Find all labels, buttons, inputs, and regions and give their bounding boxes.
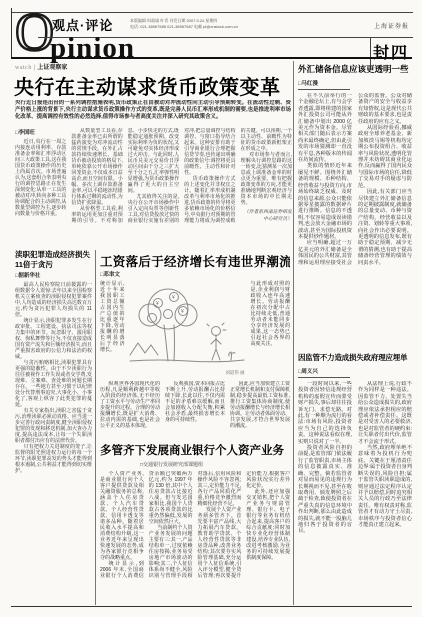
rail-article-regulation: 因监管不力造成损失政府理应埋单 □周义兴 一段时间以来,一些投资者因轻信违规经营… [298,352,412,605]
person-figure [207,323,226,360]
wage-byline: □邓聿文 [100,270,290,278]
edition-info: 本版编辑 时政瑜 叶青 刊发日期 2007.5.24 星期四 电话: 021-3… [130,18,280,30]
wage-intro-row: 统计显示,近十年来我国职工工资总额占国内生产总值的比重逐年下降,劳动报酬的增长明… [100,281,290,377]
paragraph: 个人资产业务,是商业银行向个人客户提供贷款及相关融资服务的总称,涵盖个人住房贷款… [100,471,144,561]
paragraph: 统计显示,渎职犯罪多发生在行政审批、工程建设、执法司法等权力集中的环节。玩忽职守… [15,318,92,360]
kicker: watch|上证观察家 [15,62,67,71]
paragraph: 此外,还应加强交叉销售,把个人资产业务与财富管理、银行卡、电子银行等业务有机结合… [246,489,290,561]
paragraph: 最高人民检察院日前披露的一组数据令人震惊:去年以来全国检察机关立案侦查的渎职侵权… [15,282,92,318]
rail-forex-headline: 外汇储备信息应该更透明一些 [298,63,412,75]
edition-info-line2: 电话: 021-38967585 021-38967587 电邮 pl@cnst… [130,24,280,30]
bank-headline: 多管齐下发展商业银行个人资产业务 [100,442,290,458]
left-article-byline: □据新华社 [15,271,92,279]
wage-article: 工资落后于经济增长有违世界潮流 □邓聿文 统计显示,近十年来我国职工工资总额占国… [100,252,290,438]
left-article-paragraphs: 最高人民检察院日前披露的一组数据令人震惊:去年以来全国检察机关立案侦查的渎职侵权… [15,282,92,474]
small-sprout [229,352,235,360]
cartoon-illustration: ¥ ¥ ¥ [128,281,246,377]
paragraph: 从国际经验看,挪威政府全球养老基金、新加坡淡马锡等机构均定期公布投资组合、收益率… [358,125,412,189]
right-rail-divider [293,61,294,605]
rail-article-forex: 外汇储备信息应该更透明一些 □马红漫 在不久前举行的一个金融论坛上,有与会学者透… [298,63,412,351]
bank-byline: □交通银行发展研究部课题组 [140,461,290,468]
left-article: 渎职犯罪造成经济损失11倍于贪污 □据新华社 最高人民检察院日前披露的一组数据令… [15,250,92,605]
rail-forex-byline: □马红漫 [298,79,350,90]
paragraph: 有关专家指出,渎职之害猛于贪污,治理渎职必须动真格。应当进一步完善行政问责制度,… [15,408,92,444]
rail-regulation-paragraphs: 一段时间以来,一些投资者因轻信违规经营机构的虚假宣传而蒙受财产损失,事后却往往投… [298,381,412,605]
wage-cartoon: ¥ ¥ ¥ 刘道伟 画 [128,281,246,377]
paragraph: 在不久前举行的一个金融论坛上,有与会学者透露,即将组建的国家外汇投资公司可能从外… [298,93,352,163]
paragraph: 从法理上说,行政不作为同样是一种违法。因监管不力、处置失当给公众造成损失的,政府… [358,381,412,445]
paragraph: 因此,有关部门应当尽快建立外汇储备信息的定期披露制度,就储备的总量变动、币种与资… [358,189,412,266]
bank-article: 多管齐下发展商业银行个人资产业务 □交通银行发展研究部课题组 个人资产业务,是商… [100,442,290,604]
main-end-note: （作者系西南证券研发中心研究员） [241,208,292,222]
rail-regulation-byline: □周义兴 [298,367,350,378]
rail-forex-paragraphs: 在不久前举行的一个金融论坛上,有与会学者透露,即将组建的国家外汇投资公司可能从外… [298,93,412,351]
paragraph: 只有把权力关进制度的笼子,让监督的阳光照进权力运行的每一个环节,渎职犯罪高发的势… [15,444,92,474]
wage-intro-left: 统计显示,近十年来我国职工工资总额占国内生产总值的比重逐年下降,劳动报酬的增长明… [100,281,124,377]
paragraph: 类似的情形近年来屡见不鲜。围绕外汇储备的规模、币种结构、经营收益与投资方向,市场… [298,163,352,240]
rail-regulation-headline: 因监管不力造成损失政府理应埋单 [298,352,412,363]
svg-text:¥: ¥ [181,309,184,315]
cartoon-credit: 刘道伟 画 [225,370,244,376]
mountains [130,343,158,355]
masthead-top-rule [12,12,413,13]
wage-paragraphs: 纵观世界各国现代化的历程,凡是顺利跨越中等收入阶段的经济体,无不经历了工资水平与… [100,381,290,438]
left-article-headline: 渎职犯罪造成经济损失11倍于贪污 [15,250,92,269]
left-column-divider [95,250,96,605]
paragraph: 近日,央行在一周之内接连动用利率、存款准备金率和汇率浮动区间三大政策工具,这在我… [15,139,66,217]
page-number: 封四 [373,40,409,63]
paragraph: 纵观世界各国现代化的历程,凡是顺利跨越中等收入阶段的经济体,无不经历了工资水平与… [100,381,160,429]
paragraph: 从数量型工具看,存款准备金率已由所谓的猛药演变为对冲流动性的常规手段。在外汇占款… [71,128,122,206]
footer-rule [11,606,412,607]
masthead-initial: O [15,6,54,58]
coin-fruits: ¥ ¥ ¥ [148,293,188,323]
paragraph: 与贪污贿赂相比,渎职犯罪具有更强的隐蔽性。由于不少渎职行为往往被视作工作失误或者… [15,360,92,408]
ground-line [130,360,244,362]
masthead: O 观点·评论 本版编辑 时政瑜 叶青 刊发日期 2007.5.24 星期四 电… [11,8,413,57]
main-byline: □李国旺 [15,128,66,136]
paragraph: 当然,政府埋单绝不意味着为投机行为兜底。关键在于厘清责任边界:属于投资者自身判断… [358,445,412,528]
svg-text:¥: ¥ [172,295,175,301]
bank-paragraphs: 个人资产业务,是商业银行向个人客户提供贷款及相关融资服务的总称,涵盖个人住房贷款… [100,471,290,604]
main-headline: 央行在主动谋求货币政策变革 [14,71,292,100]
paragraph: 一段时间以来,一些投资者因轻信违规经营机构的虚假宣传而蒙受财产损失,事后却往往投… [298,381,352,445]
header-rule [11,57,412,59]
newspaper-page: O 观点·评论 本版编辑 时政瑜 叶青 刊发日期 2007.5.24 星期四 电… [0,0,422,617]
paragraph: 投资者风险自担的前提,是监管部门依法履行了监管职责,市场主体的信息披露真实、准确… [298,445,352,535]
main-lead: 央行近日接连出台的一系列调控措施表明,货币政策正在由被动对冲流动性向主动引导预期… [15,100,291,124]
paragraph: 因此,应当加快建立工资正常增长机制和支付保障机制,稳步提高最低工资标准,推行工资… [230,381,290,429]
page-number-rule [370,38,371,65]
svg-text:¥: ¥ [156,301,159,307]
wage-headline: 工资落后于经济增长有违世界潮流 [100,252,290,270]
tree-trunk [164,325,175,361]
main-body: □李国旺 近日,央行在一周之内接连动用利率、存款准备金率和汇率浮动区间三大政策工… [15,128,292,247]
paragraph: 反观我国,资本回报占比不断上升,劳动报酬占比持续下降,长此以往,不仅内需不足的矛… [165,381,225,423]
paper-name: 上海证券报 [374,21,409,30]
paragraph: 对市场参与者而言,理解央行调控思路的这一转变,比猜测某一次加息或上调准备金率的时… [241,152,292,206]
wage-intro-right: 与此形成对照的是,企业利润与财政收入连年高速增长。劳动报酬在初次分配中占比持续走… [250,281,290,377]
